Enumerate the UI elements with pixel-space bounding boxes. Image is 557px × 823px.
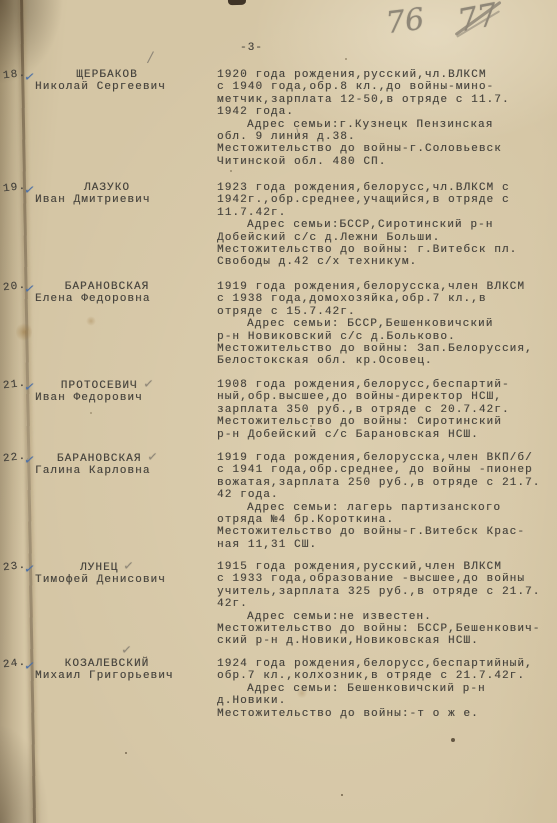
entry-text-line: Местожительство до войны-г.Соловьевск <box>217 143 552 155</box>
document-page: 76 77 -3- / \ 18.✓ЩЕРБАКОВНиколай Сергее… <box>0 0 557 823</box>
entry-text-line: Адрес семьи: лагерь партизанского <box>217 502 552 514</box>
entry-description: 1915 года рождения,русский,член ВЛКСМс 1… <box>217 561 552 648</box>
entry-text-line: 1919 года рождения,белорусска,член ВКП/б… <box>217 452 552 464</box>
entry-number: 18. <box>2 68 26 83</box>
entry-text-line: 1919 года рождения,белорусска,член ВЛКСМ <box>217 281 552 293</box>
entry-text-line: 1923 года рождения,белорусс,чл.ВЛКСМ с <box>217 182 552 194</box>
entry-number: 20. <box>2 280 26 295</box>
pencil-checkmark-icon: ✓ <box>121 645 132 658</box>
pencil-checkmark-icon: ✓ <box>143 379 154 392</box>
entry-surname: ЩЕРБАКОВ <box>76 69 138 81</box>
entry-names: БАРАНОВСКАЯЕлена Федоровна <box>34 281 180 306</box>
entry-text-line: 42 года. <box>217 489 552 501</box>
entry-names: ЛУНЕЦ✓Тимофей Денисович <box>34 561 180 587</box>
entry-text-line: отряда №4 бр.Короткина. <box>217 514 552 526</box>
entry-names: ПРОТОСЕВИЧ✓Иван Федорович <box>34 379 180 405</box>
entry-text-line: Адрес семьи: Бешенковичский р-н <box>217 683 552 695</box>
entries-list: 18.✓ЩЕРБАКОВНиколай Сергеевич1920 года р… <box>0 0 557 823</box>
entry-text-line: обр.7 кл.,колхозник,в отряде с 21.7.42г. <box>217 670 552 682</box>
entry-text-line: Местожительство до войны: Зап.Белоруссия… <box>217 343 552 355</box>
entry-description: 1919 года рождения,белорусска,член ВЛКСМ… <box>217 281 552 368</box>
entry-text-line: Адрес семьи:не известен. <box>217 611 552 623</box>
entry-given-name: Михаил Григорьевич <box>34 670 180 682</box>
entry-text-line: Адрес семьи:г.Кузнецк Пензинская <box>217 119 552 131</box>
entry-text-line: с 1938 года,домохозяйка,обр.7 кл.,в <box>217 293 552 305</box>
entry-text-line: р-н Новиковский с/с д.Больково. <box>217 331 552 343</box>
entry-text-line: Добейский с/с д.Лежни Больши. <box>217 232 552 244</box>
entry-text-line: 1942 года. <box>217 106 552 118</box>
entry-names: БАРАНОВСКАЯ✓Галина Карловна <box>34 452 180 478</box>
entry-text-line: с 1933 года,образование -высшее,до войны <box>217 573 552 585</box>
entry-number: 23. <box>2 560 26 575</box>
entry-surname: БАРАНОВСКАЯ <box>57 453 142 465</box>
entry-text-line: ная 11,31 СШ. <box>217 539 552 551</box>
entry-text-line: Местожительство до войны:-т о ж е. <box>217 708 552 720</box>
entry-names: КОЗАЛЕВСКИЙ✓Михаил Григорьевич <box>34 658 180 683</box>
entry-text-line: метчик,зарплата 12-50,в отряде с 11.7. <box>217 94 552 106</box>
entry-text-line: Свободы д.42 с/х техникум. <box>217 256 552 268</box>
entry-text-line: 1942г.,обр.среднее,учащийся,в отряде с <box>217 194 552 206</box>
entry-text-line: д.Новики. <box>217 695 552 707</box>
entry-surname-line: БАРАНОВСКАЯ✓ <box>34 452 180 465</box>
entry-text-line: 1924 года рождения,белорусс,беспартийный… <box>217 658 552 670</box>
entry-surname-line: ЩЕРБАКОВ <box>34 69 180 81</box>
entry-number: 19. <box>2 181 26 196</box>
entry-text-line: вожатая,зарплата 250 руб.,в отряде с 21.… <box>217 477 552 489</box>
entry-text-line: 42г. <box>217 598 552 610</box>
entry-text-line: ный,обр.высшее,до войны-директор НСШ, <box>217 391 552 403</box>
entry-given-name: Тимофей Денисович <box>34 574 180 586</box>
entry-text-line: р-н Добейский с/с Барановская НСШ. <box>217 429 552 441</box>
entry-surname: ЛУНЕЦ <box>80 562 119 574</box>
entry-surname: ЛАЗУКО <box>84 182 130 194</box>
entry-text-line: Адрес семьи:БССР,Сиротинский р-н <box>217 219 552 231</box>
entry-text-line: учитель,зарплата 325 руб.,в отряде с 21.… <box>217 586 552 598</box>
entry-description: 1923 года рождения,белорусс,чл.ВЛКСМ с19… <box>217 182 552 269</box>
entry-text-line: зарплата 350 руб.,в отряде с 20.7.42г. <box>217 404 552 416</box>
entry-text-line: Местожительство до войны: Сиротинский <box>217 416 552 428</box>
entry-text-line: 1920 года рождения,русский,чл.ВЛКСМ <box>217 69 552 81</box>
entry-surname: КОЗАЛЕВСКИЙ <box>65 658 150 670</box>
entry-text-line: Белостокская обл. кр.Осовец. <box>217 355 552 367</box>
entry-text-line: 1908 года рождения,белорусс,беспартий- <box>217 379 552 391</box>
entry-text-line: Местожительство до войны: БССР,Бешенкови… <box>217 623 552 635</box>
entry-surname: БАРАНОВСКАЯ <box>65 281 150 293</box>
entry-given-name: Галина Карловна <box>34 465 180 477</box>
entry-text-line: Адрес семьи: БССР,Бешенковичский <box>217 318 552 330</box>
entry-number: 24. <box>2 657 26 672</box>
entry-given-name: Иван Федорович <box>34 392 180 404</box>
entry-text-line: 1915 года рождения,русский,член ВЛКСМ <box>217 561 552 573</box>
entry-given-name: Николай Сергеевич <box>34 81 180 93</box>
entry-given-name: Иван Дмитриевич <box>34 194 180 206</box>
pencil-checkmark-icon: ✓ <box>147 452 158 465</box>
entry-surname-line: КОЗАЛЕВСКИЙ <box>34 658 180 670</box>
entry-names: ЛАЗУКОИван Дмитриевич <box>34 182 180 207</box>
entry-text-line: отряде с 15.7.42г. <box>217 306 552 318</box>
entry-description: 1920 года рождения,русский,чл.ВЛКСМс 194… <box>217 69 552 168</box>
entry-text-line: ский р-н д.Новики,Новиковская НСШ. <box>217 635 552 647</box>
entry-text-line: Местожительство до войны: г.Витебск пл. <box>217 244 552 256</box>
entry-surname-line: ЛАЗУКО <box>34 182 180 194</box>
entry-given-name: Елена Федоровна <box>34 293 180 305</box>
entry-text-line: с 1941 года,обр.среднее, до войны -пионе… <box>217 464 552 476</box>
entry-number: 21. <box>2 378 26 393</box>
entry-surname: ПРОТОСЕВИЧ <box>61 380 138 392</box>
entry-description: 1924 года рождения,белорусс,беспартийный… <box>217 658 552 720</box>
entry-names: ЩЕРБАКОВНиколай Сергеевич <box>34 69 180 94</box>
entry-text-line: Читинской обл. 480 СП. <box>217 156 552 168</box>
entry-text-line: 11.7.42г. <box>217 207 552 219</box>
entry-text-line: с 1940 года,обр.8 кл.,до войны-мино- <box>217 81 552 93</box>
entry-surname-line: ЛУНЕЦ✓ <box>34 561 180 574</box>
entry-number: 22. <box>2 451 26 466</box>
entry-description: 1908 года рождения,белорусс,беспартий-ны… <box>217 379 552 441</box>
entry-surname-line: БАРАНОВСКАЯ <box>34 281 180 293</box>
entry-surname-line: ПРОТОСЕВИЧ✓ <box>34 379 180 392</box>
entry-description: 1919 года рождения,белорусска,член ВКП/б… <box>217 452 552 551</box>
entry-text-line: Местожительство до войны-г.Витебск Крас- <box>217 526 552 538</box>
pencil-checkmark-icon: ✓ <box>124 561 135 574</box>
entry-text-line: обл. 9 линия д.38. <box>217 131 552 143</box>
